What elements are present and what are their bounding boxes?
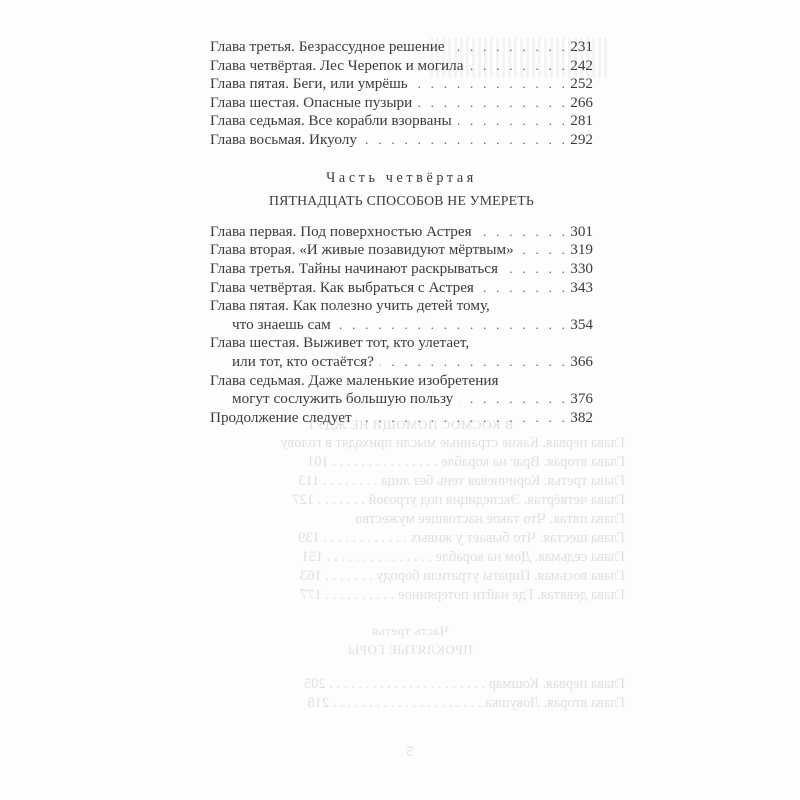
dot-leader: . . . . . . . . . . . . . . . . . . . . … — [380, 353, 568, 372]
previous-part-list: Глава третья. Безрассудное решение . . .… — [210, 38, 593, 150]
toc-entry: Глава четвёртая. Лес Черепок и могила . … — [210, 57, 593, 76]
part-title: ПЯТНАДЦАТЬ СПОСОБОВ НЕ УМЕРЕТЬ — [210, 192, 593, 211]
toc-entry: Глава третья. Тайны начинают раскрыватьс… — [210, 260, 593, 279]
dot-leader: . . . . . . . . . . . . . . . . . . . . … — [458, 112, 569, 131]
entry-page-number: 354 — [570, 316, 593, 335]
entry-title-line2: могут сослужить большую пользу — [232, 390, 453, 409]
dot-leader: . . . . . . . . . . . . . . . . . . . . … — [414, 75, 568, 94]
entry-page-number: 242 — [570, 57, 593, 76]
toc-entry: Продолжение следует . . . . . . . . . . … — [210, 409, 593, 428]
toc-entry: Глава вторая. «И живые позавидуют мёртвы… — [210, 241, 593, 260]
entry-page-number: 376 — [570, 390, 593, 409]
entry-title-line1: Глава шестая. Выживет тот, кто улетает, — [210, 334, 593, 353]
toc-entry: Глава седьмая. Все корабли взорваны . . … — [210, 112, 593, 131]
part-four-list: Глава первая. Под поверхностью Астрея . … — [210, 223, 593, 428]
entry-page-number: 231 — [570, 38, 593, 57]
toc-entry: Глава третья. Безрассудное решение . . .… — [210, 38, 593, 57]
entry-page-number: 382 — [570, 409, 593, 428]
entry-title: Глава пятая. Беги, или умрёшь — [210, 75, 408, 94]
entry-title-line2: что знаешь сам — [232, 316, 331, 335]
dot-leader: . . . . . . . . . . . . . . . . . . . . … — [363, 131, 568, 150]
bleed-line: Глава третья. Коричневая тень без лица .… — [195, 472, 625, 491]
entry-page-number: 292 — [570, 131, 593, 150]
dot-leader: . . . . . . . . . . . . . . . . . . . . … — [480, 279, 568, 298]
dot-leader: . . . . . . . . . . . . . . . . . . . . … — [418, 94, 568, 113]
dot-leader: . . . . . . . . . . . . . . . . . . . . … — [504, 260, 568, 279]
table-of-contents: Глава третья. Безрассудное решение . . .… — [210, 38, 593, 427]
entry-title: Глава четвёртая. Как выбраться с Астрея — [210, 279, 474, 298]
dot-leader: . . . . . . . . . . . . . . . . . . . . … — [469, 57, 568, 76]
dot-leader: . . . . . . . . . . . . . . . . . . . . … — [337, 316, 568, 335]
entry-continuation: или тот, кто остаётся? . . . . . . . . .… — [210, 353, 593, 372]
entry-page-number: 266 — [570, 94, 593, 113]
toc-entry: Глава шестая. Опасные пузыри . . . . . .… — [210, 94, 593, 113]
dot-leader: . . . . . . . . . . . . . . . . . . . . … — [459, 390, 568, 409]
entry-continuation: могут сослужить большую пользу . . . . .… — [210, 390, 593, 409]
bleed-line: Глава седьмая. Дом на корабле . . . . . … — [195, 548, 625, 567]
dot-leader: . . . . . . . . . . . . . . . . . . . . … — [478, 223, 569, 242]
entry-title: Глава седьмая. Все корабли взорваны — [210, 112, 452, 131]
bleed-line: Глава девятая. Где найти потерянное . . … — [195, 586, 625, 605]
bleed-through-text: В КОСМОС ПОМОЩИ НЕ ЖДУТ Глава первая. Ка… — [195, 415, 625, 762]
toc-entry-multiline: Глава шестая. Выживет тот, кто улетает, … — [210, 334, 593, 371]
toc-entry-multiline: Глава пятая. Как полезно учить детей том… — [210, 297, 593, 334]
entry-page-number: 343 — [570, 279, 593, 298]
entry-page-number: 319 — [570, 241, 593, 260]
dot-leader: . . . . . . . . . . . . . . . . . . . . … — [451, 38, 569, 57]
entry-title: Глава третья. Безрассудное решение — [210, 38, 445, 57]
bleed-line: Глава шестая. Что бывает у живых . . . .… — [195, 529, 625, 548]
entry-title: Глава восьмая. Икуолу — [210, 131, 357, 150]
entry-page-number: 366 — [570, 353, 593, 372]
bleed-line: Глава вторая. Враг на корабле . . . . . … — [195, 453, 625, 472]
bleed-line: Глава пятая. Что такое настоящее мужеств… — [195, 510, 625, 529]
toc-entry: Глава восьмая. Икуолу . . . . . . . . . … — [210, 131, 593, 150]
bleed-line: Глава вторая. Ловушка . . . . . . . . . … — [195, 694, 625, 713]
entry-title: Глава третья. Тайны начинают раскрыватьс… — [210, 260, 498, 279]
entry-continuation: что знаешь сам . . . . . . . . . . . . .… — [210, 316, 593, 335]
part-heading: Часть четвёртая — [210, 169, 593, 188]
entry-title: Глава первая. Под поверхностью Астрея — [210, 223, 472, 242]
entry-title: Глава четвёртая. Лес Черепок и могила — [210, 57, 463, 76]
dot-leader: . . . . . . . . . . . . . . . . . . . . … — [358, 409, 569, 428]
toc-entry: Глава первая. Под поверхностью Астрея . … — [210, 223, 593, 242]
bleed-line: Глава первая. Какие странные мысли прихо… — [195, 434, 625, 453]
bleed-line: Часть третья — [195, 621, 625, 640]
entry-page-number: 281 — [570, 112, 593, 131]
bleed-line: Глава первая. Кошмар . . . . . . . . . .… — [195, 675, 625, 694]
book-page: В КОСМОС ПОМОЩИ НЕ ЖДУТ Глава первая. Ка… — [0, 0, 800, 800]
entry-page-number: 330 — [570, 260, 593, 279]
bleed-line: ПРОКЛЯТЫЕ ГОРЫ — [195, 640, 625, 659]
entry-title-line1: Глава седьмая. Даже маленькие изобретени… — [210, 372, 593, 391]
entry-title: Глава шестая. Опасные пузыри — [210, 94, 412, 113]
bleed-line: Глава восьмая. Пираты утратили бороду . … — [195, 567, 625, 586]
entry-title: Глава вторая. «И живые позавидуют мёртвы… — [210, 241, 514, 260]
entry-page-number: 252 — [570, 75, 593, 94]
toc-entry-multiline: Глава седьмая. Даже маленькие изобретени… — [210, 372, 593, 409]
entry-title-line1: Глава пятая. Как полезно учить детей том… — [210, 297, 593, 316]
toc-entry: Глава пятая. Беги, или умрёшь . . . . . … — [210, 75, 593, 94]
bleed-page-number: 5 — [195, 743, 625, 762]
entry-page-number: 301 — [570, 223, 593, 242]
entry-title: Продолжение следует — [210, 409, 352, 428]
dot-leader: . . . . . . . . . . . . . . . . . . . . … — [520, 241, 569, 260]
entry-title-line2: или тот, кто остаётся? — [232, 353, 374, 372]
bleed-line: Глава четвёртая. Экспедиция под угрозой … — [195, 491, 625, 510]
toc-entry: Глава четвёртая. Как выбраться с Астрея … — [210, 279, 593, 298]
